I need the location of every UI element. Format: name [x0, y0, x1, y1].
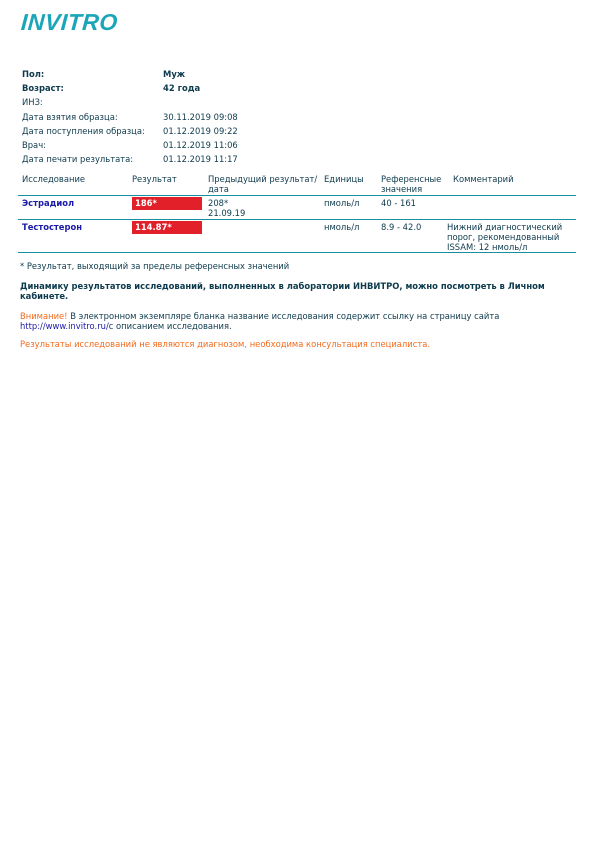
test-name[interactable]: Тестостерон — [18, 220, 132, 252]
invitro-logo: INVITRO — [20, 9, 119, 36]
info-value: 01.12.2019 11:17 — [163, 152, 238, 166]
info-row-sample-received: Дата поступления образца: 01.12.2019 09:… — [22, 124, 238, 138]
info-label: Пол: — [22, 67, 163, 81]
header-test: Исследование — [18, 172, 132, 195]
comment: Нижний диагностический порог, рекомендов… — [453, 220, 576, 252]
header-comment: Комментарий — [453, 172, 576, 195]
test-name[interactable]: Эстрадиол — [18, 196, 132, 219]
info-label: Врач: — [22, 138, 163, 152]
info-label: Дата печати результата: — [22, 152, 163, 166]
attention-text: В электронном экземпляре бланка название… — [68, 311, 500, 321]
info-value: Муж — [163, 67, 185, 81]
info-value: 30.11.2019 09:08 — [163, 110, 238, 124]
info-row-sex: Пол: Муж — [22, 67, 238, 81]
info-label: Дата поступления образца: — [22, 124, 163, 138]
previous-value: 208* — [208, 198, 324, 208]
out-of-range-footnote: * Результат, выходящий за пределы рефере… — [20, 261, 289, 271]
info-value: 42 года — [163, 81, 200, 95]
header-reference: Референсные значения — [381, 172, 453, 195]
previous-result: 208* 21.09.19 — [204, 196, 324, 219]
comment-text: Нижний диагностический порог, рекомендов… — [447, 222, 576, 252]
invitro-site-link[interactable]: http://www.invitro.ru/ — [20, 321, 109, 331]
header-previous: Предыдущий результат/дата — [204, 172, 324, 195]
info-label: ИНЗ: — [22, 95, 163, 109]
attention-text-after: с описанием исследования. — [109, 321, 232, 331]
previous-result — [204, 220, 324, 252]
info-row-inz: ИНЗ: — [22, 95, 238, 109]
info-row-doctor: Врач: 01.12.2019 11:06 — [22, 138, 238, 152]
table-row: Эстрадиол 186* 208* 21.09.19 пмоль/л 40 … — [18, 196, 576, 220]
previous-date: 21.09.19 — [208, 208, 324, 218]
disclaimer: Результаты исследований не являются диаг… — [20, 339, 430, 349]
units: пмоль/л — [324, 196, 381, 219]
info-label: Дата взятия образца: — [22, 110, 163, 124]
attention-label: Внимание! — [20, 311, 68, 321]
dynamics-note: Динамику результатов исследований, выпол… — [20, 281, 560, 301]
info-value: 01.12.2019 09:22 — [163, 124, 238, 138]
attention-note: Внимание! В электронном экземпляре бланк… — [20, 311, 560, 331]
info-row-sample-taken: Дата взятия образца: 30.11.2019 09:08 — [22, 110, 238, 124]
reference-range: 8.9 - 42.0 — [381, 220, 453, 252]
comment — [453, 196, 576, 219]
reference-range: 40 - 161 — [381, 196, 453, 219]
table-header: Исследование Результат Предыдущий резуль… — [18, 172, 576, 196]
result-flagged: 186* — [132, 197, 202, 210]
info-value: 01.12.2019 11:06 — [163, 138, 238, 152]
header-units: Единицы — [324, 172, 381, 195]
info-label: Возраст: — [22, 81, 163, 95]
table-row: Тестостерон 114.87* нмоль/л 8.9 - 42.0 Н… — [18, 220, 576, 253]
info-row-print-date: Дата печати результата: 01.12.2019 11:17 — [22, 152, 238, 166]
results-table: Исследование Результат Предыдущий резуль… — [18, 172, 576, 253]
header-result: Результат — [132, 172, 204, 195]
patient-info: Пол: Муж Возраст: 42 года ИНЗ: Дата взят… — [22, 67, 238, 166]
units: нмоль/л — [324, 220, 381, 252]
result-flagged: 114.87* — [132, 221, 202, 234]
info-row-age: Возраст: 42 года — [22, 81, 238, 95]
